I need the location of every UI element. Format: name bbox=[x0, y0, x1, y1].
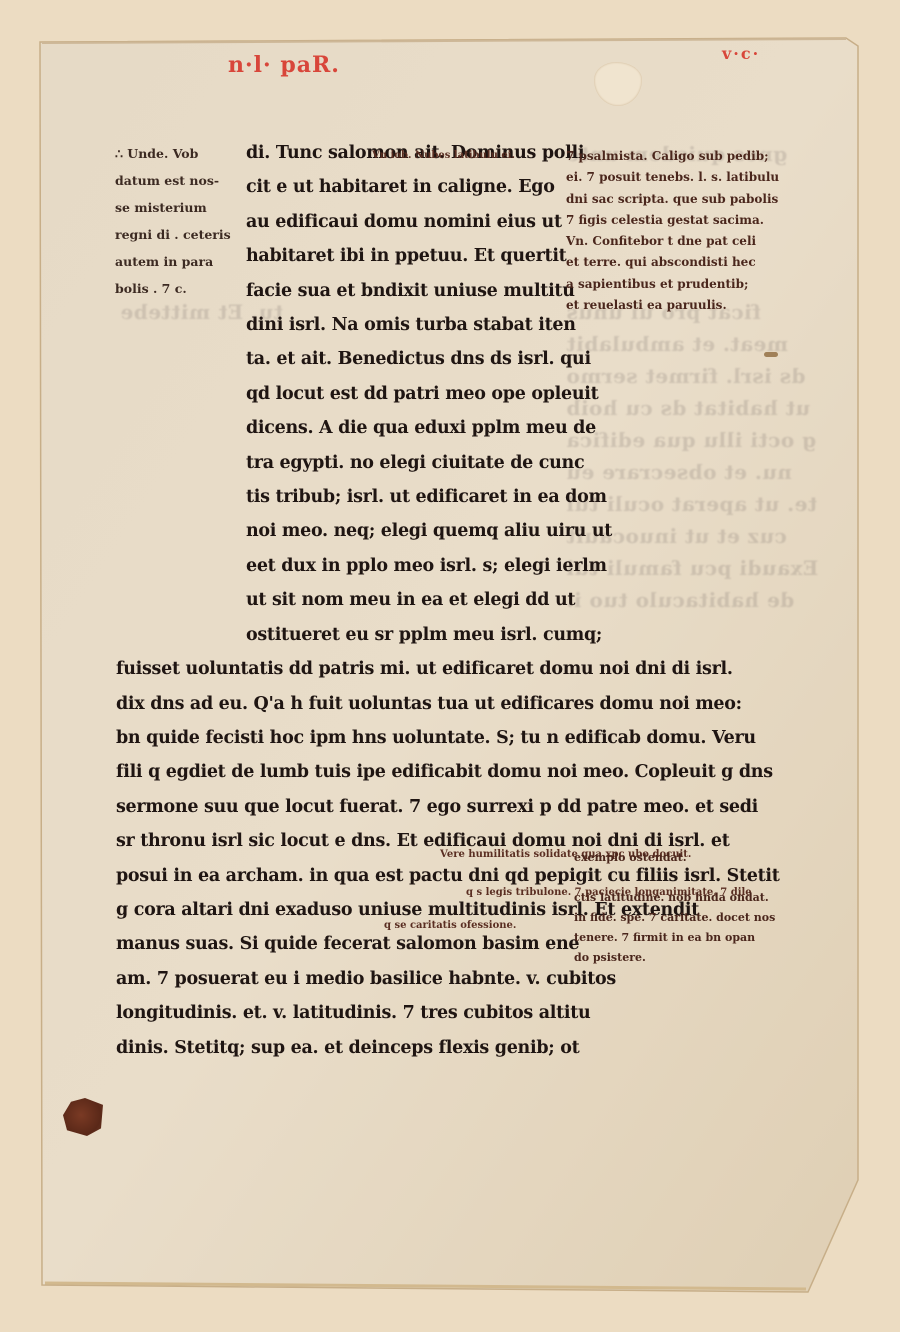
gloss-line: 7 psalmista. Caligo sub pedib; bbox=[566, 146, 779, 167]
gloss-line: in fide. spe. 7 caritate. docet nos bbox=[574, 908, 775, 928]
gloss-line: tenere. 7 firmit in ea bn opan bbox=[574, 928, 775, 948]
gloss-line: ctis latitudine. nob hnda ondat. bbox=[574, 888, 775, 908]
text-line: ta. et ait. Benedictus dns ds isrl. qui bbox=[246, 342, 780, 376]
text-line: sermone suu que locut fuerat. 7 ego surr… bbox=[116, 790, 780, 824]
text-line: ostitueret eu sr pplm meu isrl. cumq; bbox=[246, 618, 780, 652]
text-line: dinis. Stetitq; sup ea. et deinceps flex… bbox=[116, 1031, 780, 1065]
lower-right-gloss: exemplo ostendat. ctis latitudine. nob h… bbox=[574, 848, 775, 968]
gloss-line: regni di . ceteris bbox=[115, 221, 235, 248]
text-line: longitudinis. et. v. latitudinis. 7 tres… bbox=[116, 996, 780, 1030]
gloss-line: exemplo ostendat. bbox=[574, 848, 775, 868]
gloss-line: et terre. qui abscondisti hec bbox=[566, 252, 779, 273]
text-line: eet dux in pplo meo isrl. s; elegi ierlm bbox=[246, 549, 780, 583]
gloss-line: Vn. Confitebor t dne pat celi bbox=[566, 231, 779, 252]
text-line: fuisset uoluntatis dd patris mi. ut edif… bbox=[116, 652, 780, 686]
gloss-line: do psistere. bbox=[574, 948, 775, 968]
gloss-line: a sapientibus et prudentib; bbox=[566, 274, 779, 295]
text-line: dicens. A die qua eduxi pplm meu de bbox=[246, 411, 780, 445]
gloss-line: et reuelasti ea paruulis. bbox=[566, 295, 779, 316]
gloss-line: datum est nos- bbox=[115, 167, 235, 194]
text-line: dix dns ad eu. Q'a h fuit uoluntas tua u… bbox=[116, 687, 780, 721]
interlinear-gloss: Vn iob. Nubes latibulu ei. bbox=[372, 150, 515, 161]
gloss-line: autem in para bbox=[115, 248, 235, 275]
gloss-line: 7 figis celestia gestat sacima. bbox=[566, 210, 779, 231]
gloss-line bbox=[574, 868, 775, 888]
right-margin-gloss: 7 psalmista. Caligo sub pedib; ei. 7 pos… bbox=[566, 146, 779, 316]
text-line: qd locut est dd patri meo ope opleuit bbox=[246, 377, 780, 411]
gloss-line: dni sac scripta. que sub pabolis bbox=[566, 189, 779, 210]
manuscript-leaf: gnes quisdem unte ficat pro ui unus meat… bbox=[0, 0, 900, 1332]
left-margin-gloss: ∴ Unde. Vob datum est nos- se misterium … bbox=[115, 140, 235, 302]
interlinear-gloss: q se caritatis ofessione. bbox=[384, 920, 516, 931]
running-head: n·l· paR. bbox=[228, 52, 340, 78]
gloss-line: bolis . 7 c. bbox=[115, 275, 235, 302]
text-line: tis tribub; isrl. ut edificaret in ea do… bbox=[246, 480, 780, 514]
gloss-line: ei. 7 posuit tenebs. l. s. latibulu bbox=[566, 167, 779, 188]
gloss-line: se misterium bbox=[115, 194, 235, 221]
gloss-line: ∴ Unde. Vob bbox=[115, 140, 235, 167]
text-line: noi meo. neq; elegi quemq aliu uiru ut bbox=[246, 514, 780, 548]
folio-mark: v·c· bbox=[722, 44, 760, 63]
text-line: bn quide fecisti hoc ipm hns uoluntate. … bbox=[116, 721, 780, 755]
text-line: tra egypti. no elegi ciuitate de cunc bbox=[246, 446, 780, 480]
text-line: ut sit nom meu in ea et elegi dd ut bbox=[246, 583, 780, 617]
text-line: fili q egdiet de lumb tuis ipe edificabi… bbox=[116, 755, 780, 789]
